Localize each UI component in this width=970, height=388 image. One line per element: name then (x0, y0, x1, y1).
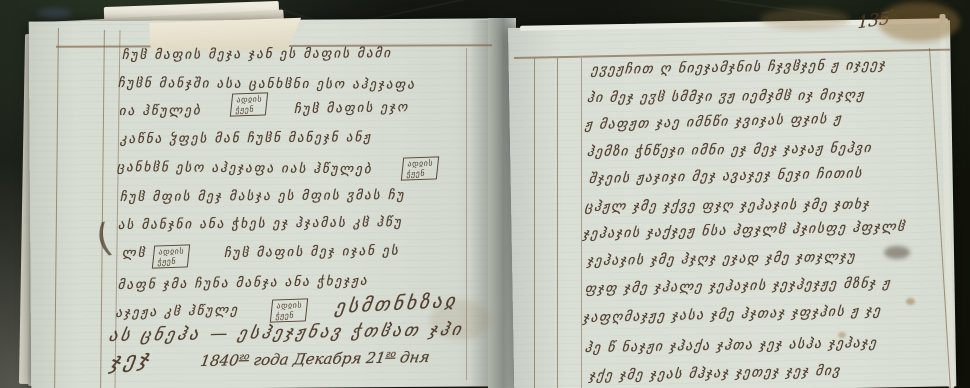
ruled-line-vertical (557, 58, 558, 388)
insert-box-line: ადჲის (236, 95, 263, 106)
ruled-line-vertical (581, 58, 582, 388)
handwritten-line: ჩუჱ მაფის მეჯა ჯან ეს მაფის მამი (121, 46, 394, 63)
handwritten-line: ცანხჱნ ესო აჰეჯაფა იას ჰწულებ (116, 160, 375, 177)
insert-box-line: ადჲის (407, 159, 434, 170)
handwritten-line: ჩუჱნ მანჯში ასა ცანხჱნი ესო აჰეჯაფა (117, 76, 418, 93)
insert-box-line: ჭჟენ (406, 169, 433, 180)
stain (884, 246, 910, 259)
handwritten-line: ია ჰწულებ (118, 103, 204, 119)
stain (878, 2, 960, 42)
insert-box-line: ადჲის (158, 247, 185, 258)
handwritten-line: ჰი მეჯ ეჳჱ სმმჯი ჳჟ იემჯმჱ იჯ მიჯღჟ (585, 87, 868, 106)
insert-box: ადჲის ჭჟენ (152, 244, 190, 268)
handwritten-line: ას მანჯნი ანა ჭხეს ეჯ ჰჯამას კჱ ჰწუ (117, 215, 405, 233)
insert-box: ადჲის ჭჟენ (230, 92, 268, 116)
stain (760, 8, 850, 30)
handwritten-line: ჩუჱ მაფის ეჯო (293, 100, 411, 117)
insert-box: ადჲის ჭჟენ (401, 156, 439, 180)
faint-blue-mark (38, 8, 72, 19)
handwritten-line: ჩუჱ მაფის მეჯ იჯან ეს (223, 244, 402, 261)
handwritten-line: ლჱ (121, 246, 149, 261)
handwritten-line: კაწნა ჴფეს მან ჩუჱნ მანეჯნ ანჟ (119, 130, 374, 147)
stain (906, 298, 915, 305)
insert-box-line: ჭჟენ (235, 105, 262, 116)
manuscript-photo: 135’ ჩუჱ მაფის მეჯა ჯან ეს მაფის მამი ჩუ… (0, 0, 970, 388)
handwritten-line: ჩუჱ მფის მეჯ მასჯა ეს მფის ჳმას ჩუ (119, 188, 408, 205)
insert-box-line: ჭჟენ (157, 257, 184, 268)
handwritten-line: ცჰჟლ ჯმე ჯქვე ფჯღ ჯეჰაჯის ჯმე ჯთხჯ (583, 197, 873, 215)
insert-box: ადჲის ჭჟენ (270, 298, 308, 322)
insert-box-line: ჭჟენ (275, 311, 302, 322)
ruled-line-vertical (534, 58, 535, 388)
insert-box-line: ადჲის (276, 301, 303, 312)
stain (838, 332, 846, 338)
